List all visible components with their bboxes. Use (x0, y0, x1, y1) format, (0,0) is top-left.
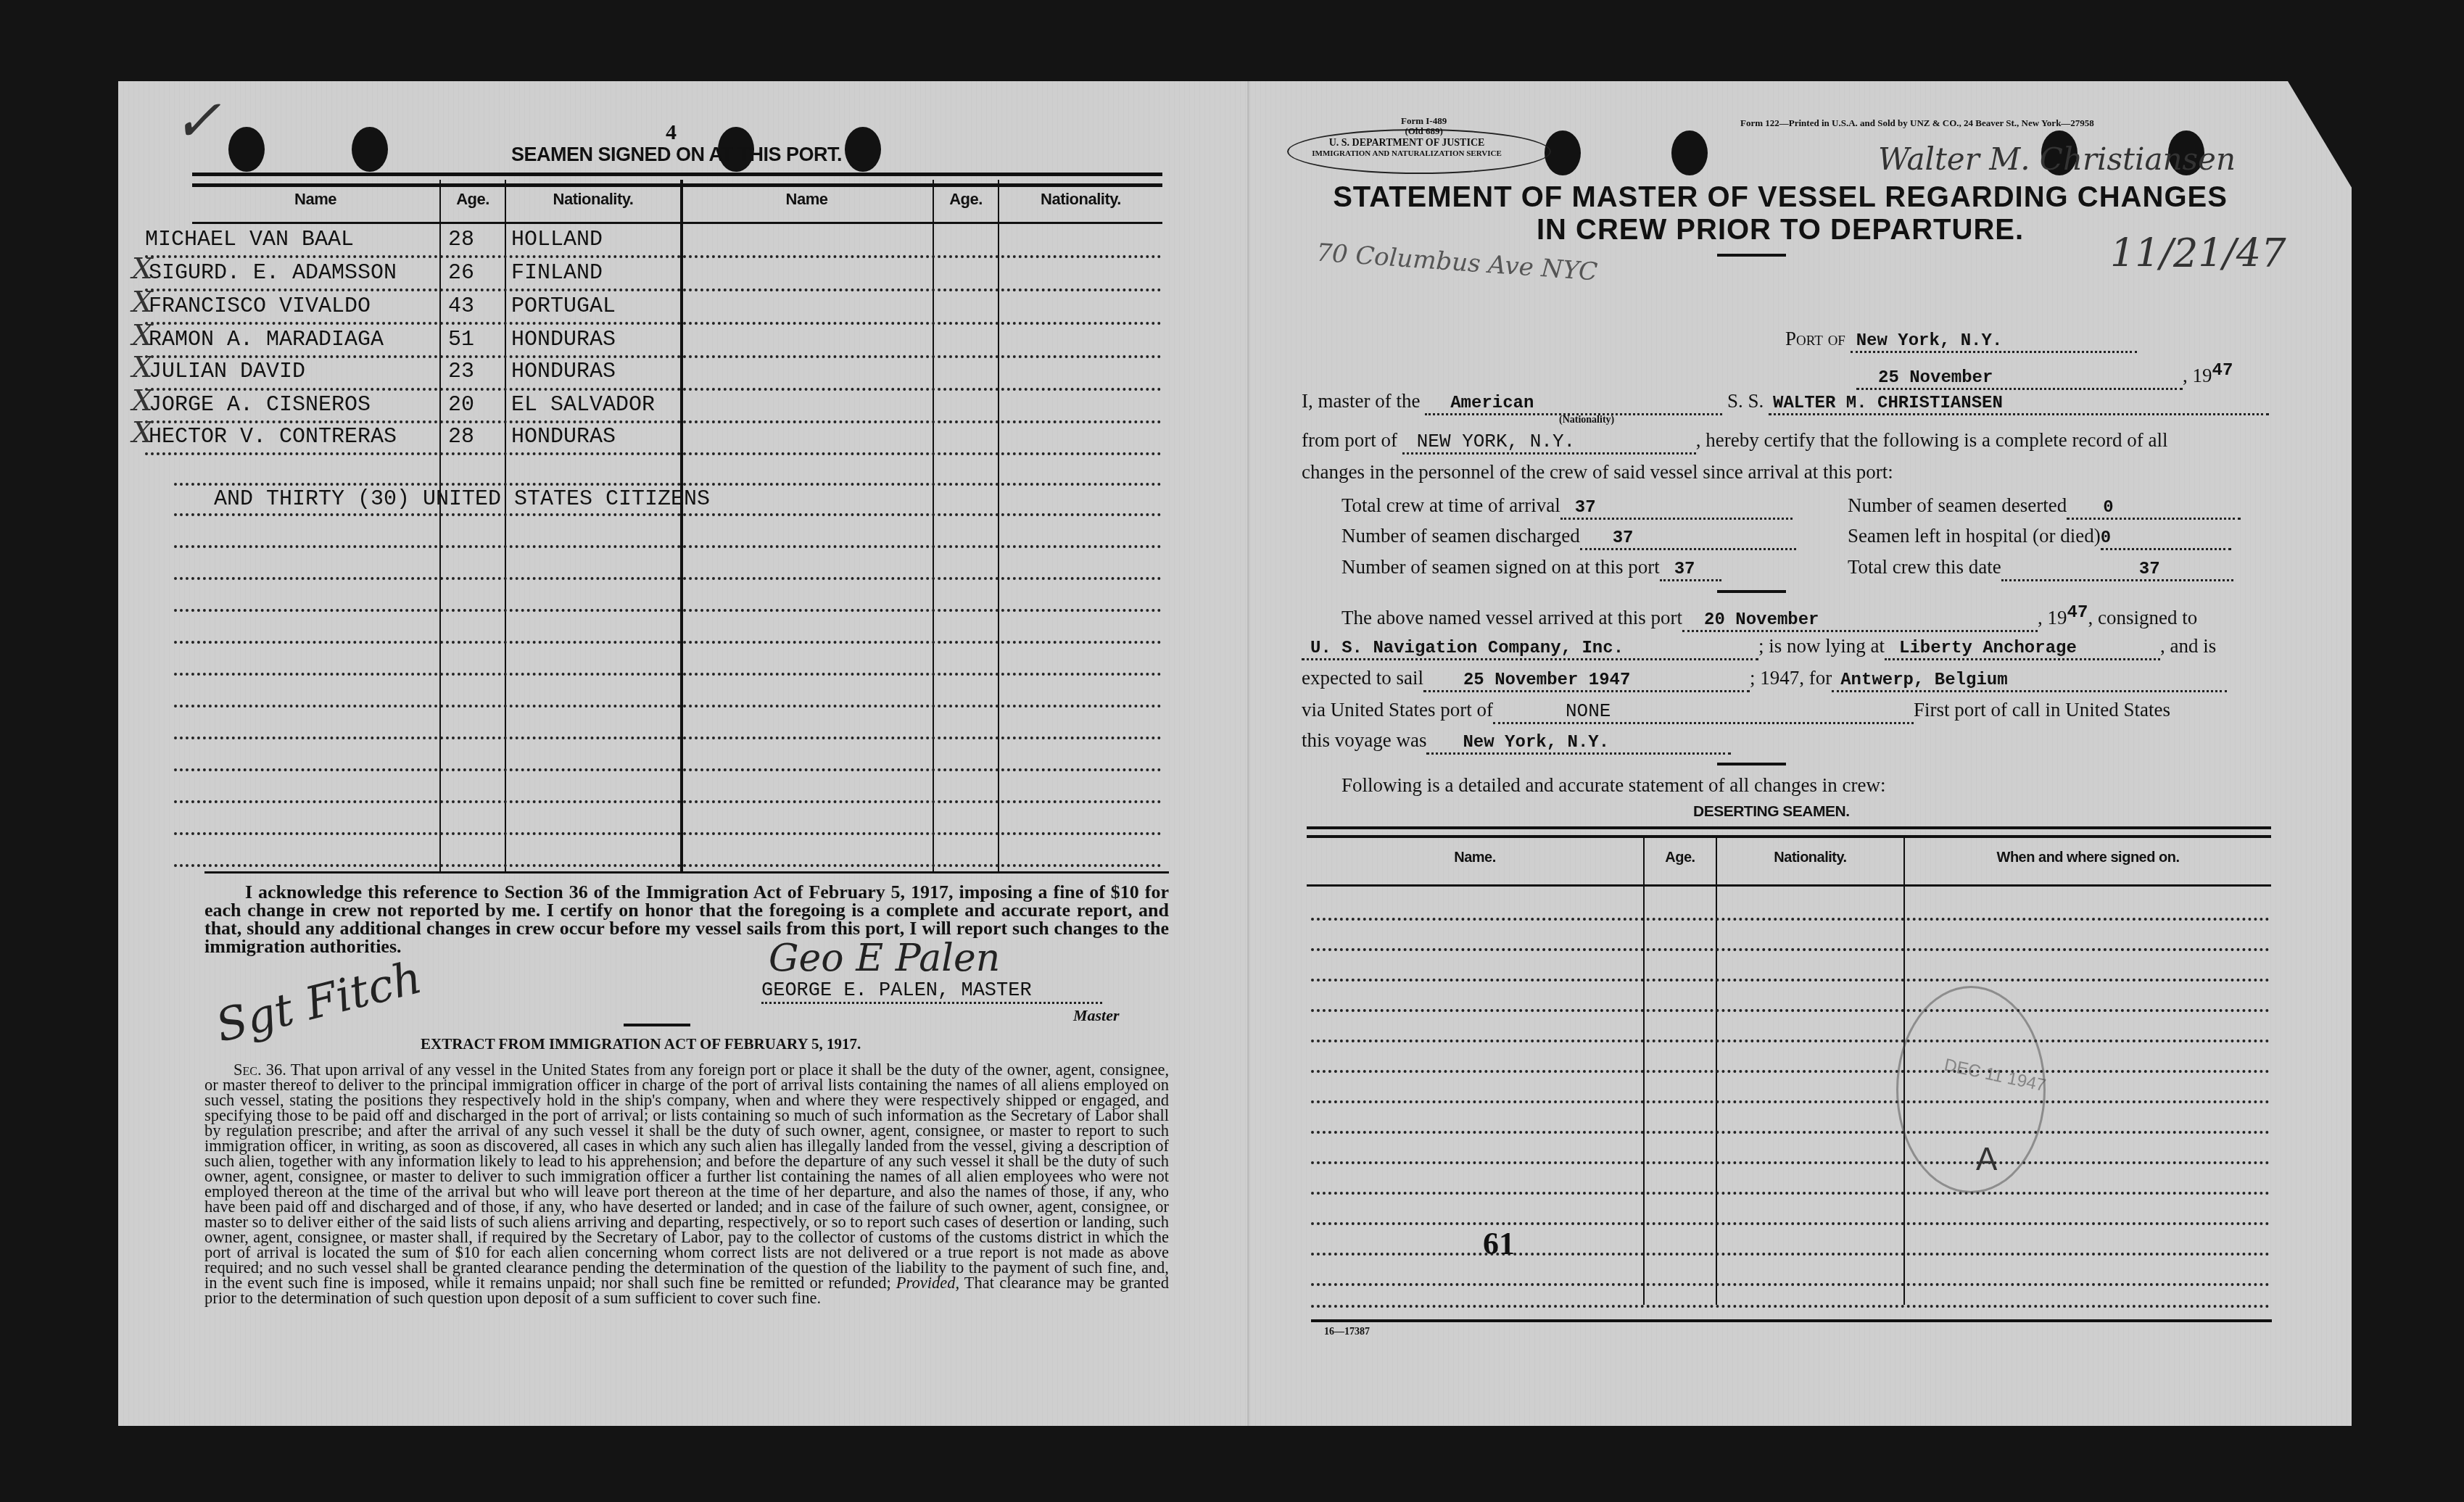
crew-age: 26 (448, 261, 474, 286)
lying-value: Liberty Anchorage (1899, 639, 2077, 658)
table-row: X JULIAN DAVID 23 HONDURAS (145, 355, 1162, 389)
crew-name: RAMON A. MARADIAGA (149, 328, 384, 352)
date-field: 25 November , 1947 (1856, 361, 2233, 390)
arrived-value: 20 November (1704, 610, 1819, 630)
form-code: 16—17387 (1324, 1327, 1370, 1338)
arrived-field: The above named vessel arrived at this p… (1341, 603, 2197, 632)
table-row: X RAMON A. MARADIAGA 51 HONDURAS (145, 323, 1162, 357)
following-text: Following is a detailed and accurate sta… (1341, 774, 1885, 797)
check-mark: ✓ (173, 87, 221, 154)
via-value: NONE (1566, 700, 1611, 722)
stat-total-arrival: Total crew at time of arrival37 (1341, 494, 1793, 520)
page-fold (1247, 81, 1249, 1426)
section-body: That upon arrival of any vessel in the U… (204, 1061, 1169, 1292)
destination-value: Antwerp, Belgium (1840, 671, 2007, 690)
changes-text: changes in the personnel of the crew of … (1302, 461, 1893, 484)
table-row: X HECTOR V. CONTRERAS 28 HONDURAS (145, 420, 1162, 454)
table-row: X FRANCISCO VIVALDO 43 PORTUGAL (145, 290, 1162, 323)
form-title-line1: STATEMENT OF MASTER OF VESSEL REGARDING … (1298, 181, 2262, 214)
double-rule (192, 173, 1162, 187)
left-page-title: SEAMEN SIGNED ON AT THIS PORT. (511, 144, 842, 166)
table-row: MICHAEL VAN BAAL 28 HOLLAND (145, 223, 1162, 257)
section-rule (204, 871, 1169, 874)
expected-field: expected to sail25 November 1947; 1947, … (1302, 667, 2227, 692)
stat-discharged: Number of seamen discharged37 (1341, 525, 1796, 550)
col-header-name: Name. (1307, 850, 1643, 866)
col-header-nationality-2: Nationality. (999, 190, 1162, 209)
nationality-caption: (Nationality) (1559, 415, 1614, 426)
crew-name: JULIAN DAVID (149, 360, 305, 384)
short-rule (624, 1024, 690, 1026)
double-rule (1307, 826, 2271, 838)
consignee-value: U. S. Navigation Company, Inc. (1310, 639, 1624, 658)
port-value: New York, N.Y. (1856, 331, 2003, 351)
crew-age: 23 (448, 360, 474, 384)
deserting-title: DESERTING SEAMEN. (1693, 803, 1850, 821)
consignee-field: U. S. Navigation Company, Inc.; is now l… (1302, 635, 2216, 660)
nationality-value: American (1450, 394, 1534, 413)
crew-nationality: HONDURAS (511, 360, 616, 384)
title-underline (1717, 254, 1786, 257)
table-row: X JORGE A. CISNEROS 20 EL SALVADOR (145, 389, 1162, 422)
extract-title: EXTRACT FROM IMMIGRATION ACT OF FEBRUARY… (421, 1035, 861, 1053)
acknowledgement-text: I acknowledge this reference to Section … (204, 883, 1169, 955)
col-header-age: Age. (1645, 850, 1716, 866)
col-header-age: Age. (441, 190, 505, 209)
col-header-age-2: Age. (934, 190, 998, 209)
punch-hole (845, 127, 881, 172)
from-port-value: NEW YORK, N.Y. (1417, 431, 1575, 452)
form-number: Form I-489 (Old 689) (1401, 116, 1447, 136)
crew-age: 28 (448, 425, 474, 449)
master-signature: Geo E Palen (769, 937, 1000, 980)
date-value: 25 November (1878, 368, 1993, 388)
punch-hole (1671, 130, 1708, 175)
crew-age: 28 (448, 228, 474, 252)
stat-deserted: Number of seamen deserted0 (1848, 494, 2241, 520)
master-label: Master (1073, 1006, 1120, 1025)
col-header-nationality: Nationality. (1717, 850, 1903, 866)
crew-nationality: HONDURAS (511, 328, 616, 352)
table-row: AND THIRTY (30) UNITED STATES CITIZENS (145, 483, 1162, 516)
voyage-value: New York, N.Y. (1463, 733, 1609, 752)
port-field: Port of New York, N.Y. (1785, 328, 2137, 353)
crew-name: MICHAEL VAN BAAL (145, 228, 354, 252)
short-rule (1717, 590, 1786, 593)
table-row: X SIGURD. E. ADAMSSON 26 FINLAND (145, 257, 1162, 290)
master-of-field: I, master of the American S. S. WALTER M… (1302, 390, 2269, 415)
bottom-rule (1311, 1319, 2272, 1322)
col-header-when-where: When and where signed on. (1905, 850, 2271, 866)
voyage-field: this voyage wasNew York, N.Y. (1302, 729, 1731, 755)
short-rule (1717, 763, 1786, 765)
crew-name: FRANCISCO VIVALDO (149, 294, 371, 319)
crew-name: HECTOR V. CONTRERAS (149, 425, 397, 449)
stamp-letter: A (1976, 1142, 1997, 1178)
section-provided: Provided, (896, 1274, 959, 1292)
col-header-nationality: Nationality. (506, 190, 680, 209)
from-port-field: from port of NEW YORK, N.Y. , hereby cer… (1302, 429, 2167, 455)
stat-total-date: Total crew this date37 (1848, 556, 2233, 581)
punch-hole (228, 127, 265, 172)
torn-corner (2288, 81, 2353, 190)
header-rule (1307, 884, 2271, 887)
crew-name: SIGURD. E. ADAMSSON (149, 261, 397, 286)
crew-nationality: HONDURAS (511, 425, 616, 449)
year-value: 47 (2212, 361, 2233, 381)
page-stamp-number: 61 (1483, 1225, 1515, 1262)
service-name: IMMIGRATION AND NATURALIZATION SERVICE (1298, 149, 1516, 159)
col-header-name: Name (192, 190, 439, 209)
handwritten-vessel-name: Walter M. Christiansen (1878, 141, 2236, 177)
crew-nationality: HOLLAND (511, 228, 603, 252)
stat-signed-on: Number of seamen signed on at this port3… (1341, 556, 1721, 581)
crew-nationality: EL SALVADOR (511, 393, 655, 418)
department-name: U. S. DEPARTMENT OF JUSTICE (1298, 138, 1516, 149)
department-block: U. S. DEPARTMENT OF JUSTICE IMMIGRATION … (1298, 138, 1516, 159)
stat-hospital: Seamen left in hospital (or died)0 (1848, 525, 2231, 550)
page-number: 4 (666, 120, 677, 145)
printer-line: Form 122—Printed in U.S.A. and Sold by U… (1740, 117, 2094, 129)
citizens-note: AND THIRTY (30) UNITED STATES CITIZENS (214, 487, 710, 512)
crew-nationality: FINLAND (511, 261, 603, 286)
via-field: via United States port ofNONEFirst port … (1302, 699, 2170, 724)
crew-age: 20 (448, 393, 474, 418)
crew-name: JORGE A. CISNEROS (149, 393, 371, 418)
handwritten-date: 11/21/47 (2110, 231, 2286, 276)
crew-age: 51 (448, 328, 474, 352)
crew-age: 43 (448, 294, 474, 319)
col-header-name-2: Name (682, 190, 932, 209)
master-typed-name: GEORGE E. PALEN, MASTER (761, 980, 1102, 1004)
punch-hole (352, 127, 388, 172)
sail-value: 25 November 1947 (1463, 671, 1630, 690)
vessel-value: WALTER M. CHRISTIANSEN (1773, 394, 2003, 413)
crew-nationality: PORTUGAL (511, 294, 616, 319)
section-36-text: Sec. 36. That upon arrival of any vessel… (204, 1062, 1169, 1306)
